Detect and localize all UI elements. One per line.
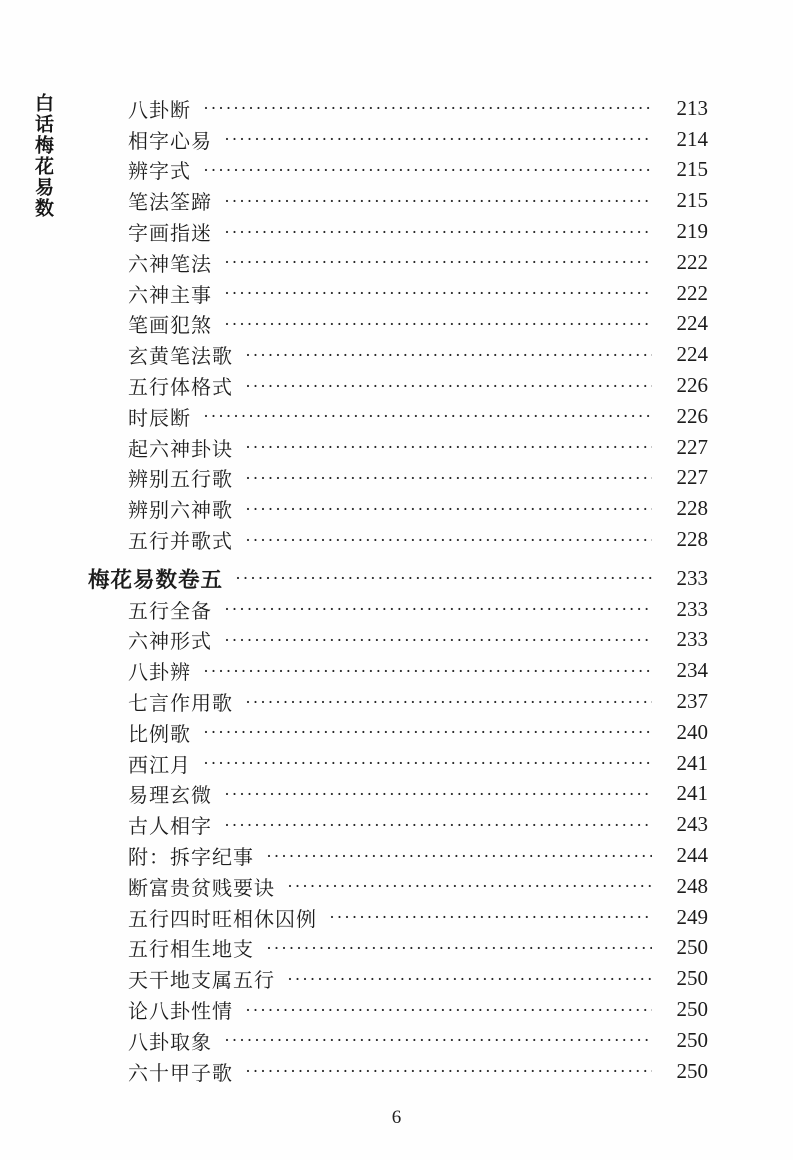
dot-leader xyxy=(224,192,652,210)
toc-entry-title: 断富贵贫贱要诀 xyxy=(128,872,275,901)
toc-entry-page: 215 xyxy=(662,188,708,213)
dot-leader xyxy=(224,130,652,148)
toc-entry-title: 八卦断 xyxy=(128,94,191,123)
toc-entry-page: 228 xyxy=(662,496,708,521)
toc-entry-title: 时辰断 xyxy=(128,402,191,431)
dot-leader xyxy=(203,407,652,425)
dot-leader xyxy=(287,877,652,895)
dot-leader xyxy=(245,469,652,487)
toc-entry-title: 附：拆字纪事 xyxy=(128,841,254,870)
toc-entry-page: 244 xyxy=(662,843,708,868)
toc-entry-title: 易理玄微 xyxy=(128,779,212,808)
dot-leader xyxy=(203,161,652,179)
toc-entry-page: 249 xyxy=(662,905,708,930)
book-spine-title: 白话梅花易数 xyxy=(29,93,56,219)
dot-leader xyxy=(235,569,652,587)
toc-entry: 八卦取象250 xyxy=(128,1025,708,1056)
toc-entry-title: 西江月 xyxy=(128,749,191,778)
toc-entry: 字画指迷219 xyxy=(128,216,708,247)
toc-entry-page: 233 xyxy=(662,566,708,591)
toc-entry-title: 字画指迷 xyxy=(128,217,212,246)
dot-leader xyxy=(224,1031,652,1049)
toc-entry-page: 226 xyxy=(662,373,708,398)
toc-entry: 古人相字243 xyxy=(128,809,708,840)
toc-entry: 笔画犯煞224 xyxy=(128,309,708,340)
dot-leader xyxy=(245,693,652,711)
dot-leader xyxy=(203,723,652,741)
toc-entry-page: 248 xyxy=(662,874,708,899)
toc-entry-title: 古人相字 xyxy=(128,810,212,839)
toc-entry-title: 辨字式 xyxy=(128,155,191,184)
toc-entry: 六神主事222 xyxy=(128,278,708,309)
toc-entry-page: 241 xyxy=(662,751,708,776)
toc-entry-page: 250 xyxy=(662,1028,708,1053)
toc-entry-title: 论八卦性情 xyxy=(128,995,233,1024)
toc-entry: 天干地支属五行250 xyxy=(128,963,708,994)
toc-entry: 附：拆字纪事244 xyxy=(128,840,708,871)
toc-entry-title: 笔画犯煞 xyxy=(128,309,212,338)
toc-entry-page: 219 xyxy=(662,219,708,244)
toc-entry-page: 243 xyxy=(662,812,708,837)
toc-entry-title: 六神主事 xyxy=(128,279,212,308)
dot-leader xyxy=(245,1001,652,1019)
dot-leader xyxy=(287,970,652,988)
dot-leader xyxy=(266,847,652,865)
toc-entry: 时辰断226 xyxy=(128,401,708,432)
toc-entry: 五行并歌式228 xyxy=(128,524,708,555)
toc-entry-title: 五行四时旺相休囚例 xyxy=(128,903,317,932)
toc-entry: 八卦断213 xyxy=(128,93,708,124)
toc-entry-page: 237 xyxy=(662,689,708,714)
dot-leader xyxy=(245,438,652,456)
dot-leader xyxy=(245,346,652,364)
toc-entry: 五行全备233 xyxy=(128,594,708,625)
book-page: 白话梅花易数 八卦断213相字心易214辨字式215笔法筌蹄215字画指迷219… xyxy=(0,0,793,1160)
dot-leader xyxy=(245,1062,652,1080)
toc-entry-page: 224 xyxy=(662,342,708,367)
toc-entry-title: 六神形式 xyxy=(128,625,212,654)
toc-entry: 辨别六神歌228 xyxy=(128,493,708,524)
toc-entry-page: 214 xyxy=(662,127,708,152)
dot-leader xyxy=(224,253,652,271)
toc-entry: 玄黄笔法歌224 xyxy=(128,339,708,370)
dot-leader xyxy=(224,315,652,333)
toc-entry-title: 笔法筌蹄 xyxy=(128,186,212,215)
toc-entry-title: 玄黄笔法歌 xyxy=(128,340,233,369)
dot-leader xyxy=(224,785,652,803)
page-number: 6 xyxy=(0,1107,793,1129)
toc-entry-page: 250 xyxy=(662,966,708,991)
toc-entry-page: 234 xyxy=(662,658,708,683)
toc-entry-title: 五行全备 xyxy=(128,595,212,624)
toc-entry: 六十甲子歌250 xyxy=(128,1056,708,1087)
toc-entry-title: 六十甲子歌 xyxy=(128,1057,233,1086)
toc-list: 八卦断213相字心易214辨字式215笔法筌蹄215字画指迷219六神笔法222… xyxy=(128,93,708,1087)
dot-leader xyxy=(245,531,652,549)
toc-entry-title: 五行体格式 xyxy=(128,371,233,400)
toc-entry: 笔法筌蹄215 xyxy=(128,185,708,216)
toc-entry: 辨别五行歌227 xyxy=(128,463,708,494)
dot-leader xyxy=(203,754,652,772)
dot-leader xyxy=(203,662,652,680)
toc-entry-page: 222 xyxy=(662,281,708,306)
toc-entry-page: 215 xyxy=(662,157,708,182)
toc-entry-page: 250 xyxy=(662,1059,708,1084)
toc-entry-page: 213 xyxy=(662,96,708,121)
dot-leader xyxy=(224,223,652,241)
dot-leader xyxy=(245,500,652,518)
toc-entry-title: 天干地支属五行 xyxy=(128,964,275,993)
toc-entry-title: 比例歌 xyxy=(128,718,191,747)
toc-entry-page: 233 xyxy=(662,597,708,622)
toc-entry-page: 228 xyxy=(662,527,708,552)
dot-leader xyxy=(224,816,652,834)
toc-entry-title: 七言作用歌 xyxy=(128,687,233,716)
toc-entry-page: 240 xyxy=(662,720,708,745)
toc-entry: 六神笔法222 xyxy=(128,247,708,278)
toc-entry: 相字心易214 xyxy=(128,124,708,155)
toc-entry: 六神形式233 xyxy=(128,625,708,656)
dot-leader xyxy=(224,284,652,302)
toc-entry-page: 233 xyxy=(662,627,708,652)
toc-entry: 八卦辨234 xyxy=(128,655,708,686)
toc-entry-page: 224 xyxy=(662,311,708,336)
dot-leader xyxy=(266,939,652,957)
toc-entry-page: 222 xyxy=(662,250,708,275)
toc-entry: 比例歌240 xyxy=(128,717,708,748)
toc-entry-title: 起六神卦诀 xyxy=(128,433,233,462)
toc-entry-title: 梅花易数卷五 xyxy=(88,563,223,594)
toc-entry: 五行四时旺相休囚例249 xyxy=(128,902,708,933)
toc-entry: 七言作用歌237 xyxy=(128,686,708,717)
toc-entry: 辨字式215 xyxy=(128,155,708,186)
toc-entry-page: 250 xyxy=(662,935,708,960)
toc-entry: 起六神卦诀227 xyxy=(128,432,708,463)
toc-entry-title: 八卦取象 xyxy=(128,1026,212,1055)
toc-entry-title: 六神笔法 xyxy=(128,248,212,277)
toc-entry-title: 相字心易 xyxy=(128,125,212,154)
toc-entry-page: 227 xyxy=(662,465,708,490)
toc-entry: 断富贵贫贱要诀248 xyxy=(128,871,708,902)
toc-entry-page: 250 xyxy=(662,997,708,1022)
toc-entry-page: 241 xyxy=(662,781,708,806)
toc-entry-title: 五行相生地支 xyxy=(128,933,254,962)
toc-entry-title: 辨别五行歌 xyxy=(128,463,233,492)
toc-entry-page: 227 xyxy=(662,435,708,460)
toc-entry: 西江月241 xyxy=(128,748,708,779)
dot-leader xyxy=(329,908,652,926)
toc-entry: 易理玄微241 xyxy=(128,779,708,810)
dot-leader xyxy=(224,631,652,649)
dot-leader xyxy=(203,99,652,117)
toc-chapter-entry: 梅花易数卷五233 xyxy=(88,563,708,594)
toc-entry-title: 辨别六神歌 xyxy=(128,494,233,523)
toc-entry-page: 226 xyxy=(662,404,708,429)
dot-leader xyxy=(224,600,652,618)
toc-entry-title: 八卦辨 xyxy=(128,656,191,685)
toc-entry: 论八卦性情250 xyxy=(128,994,708,1025)
toc-entry-title: 五行并歌式 xyxy=(128,525,233,554)
toc-entry: 五行体格式226 xyxy=(128,370,708,401)
dot-leader xyxy=(245,377,652,395)
toc-entry: 五行相生地支250 xyxy=(128,933,708,964)
